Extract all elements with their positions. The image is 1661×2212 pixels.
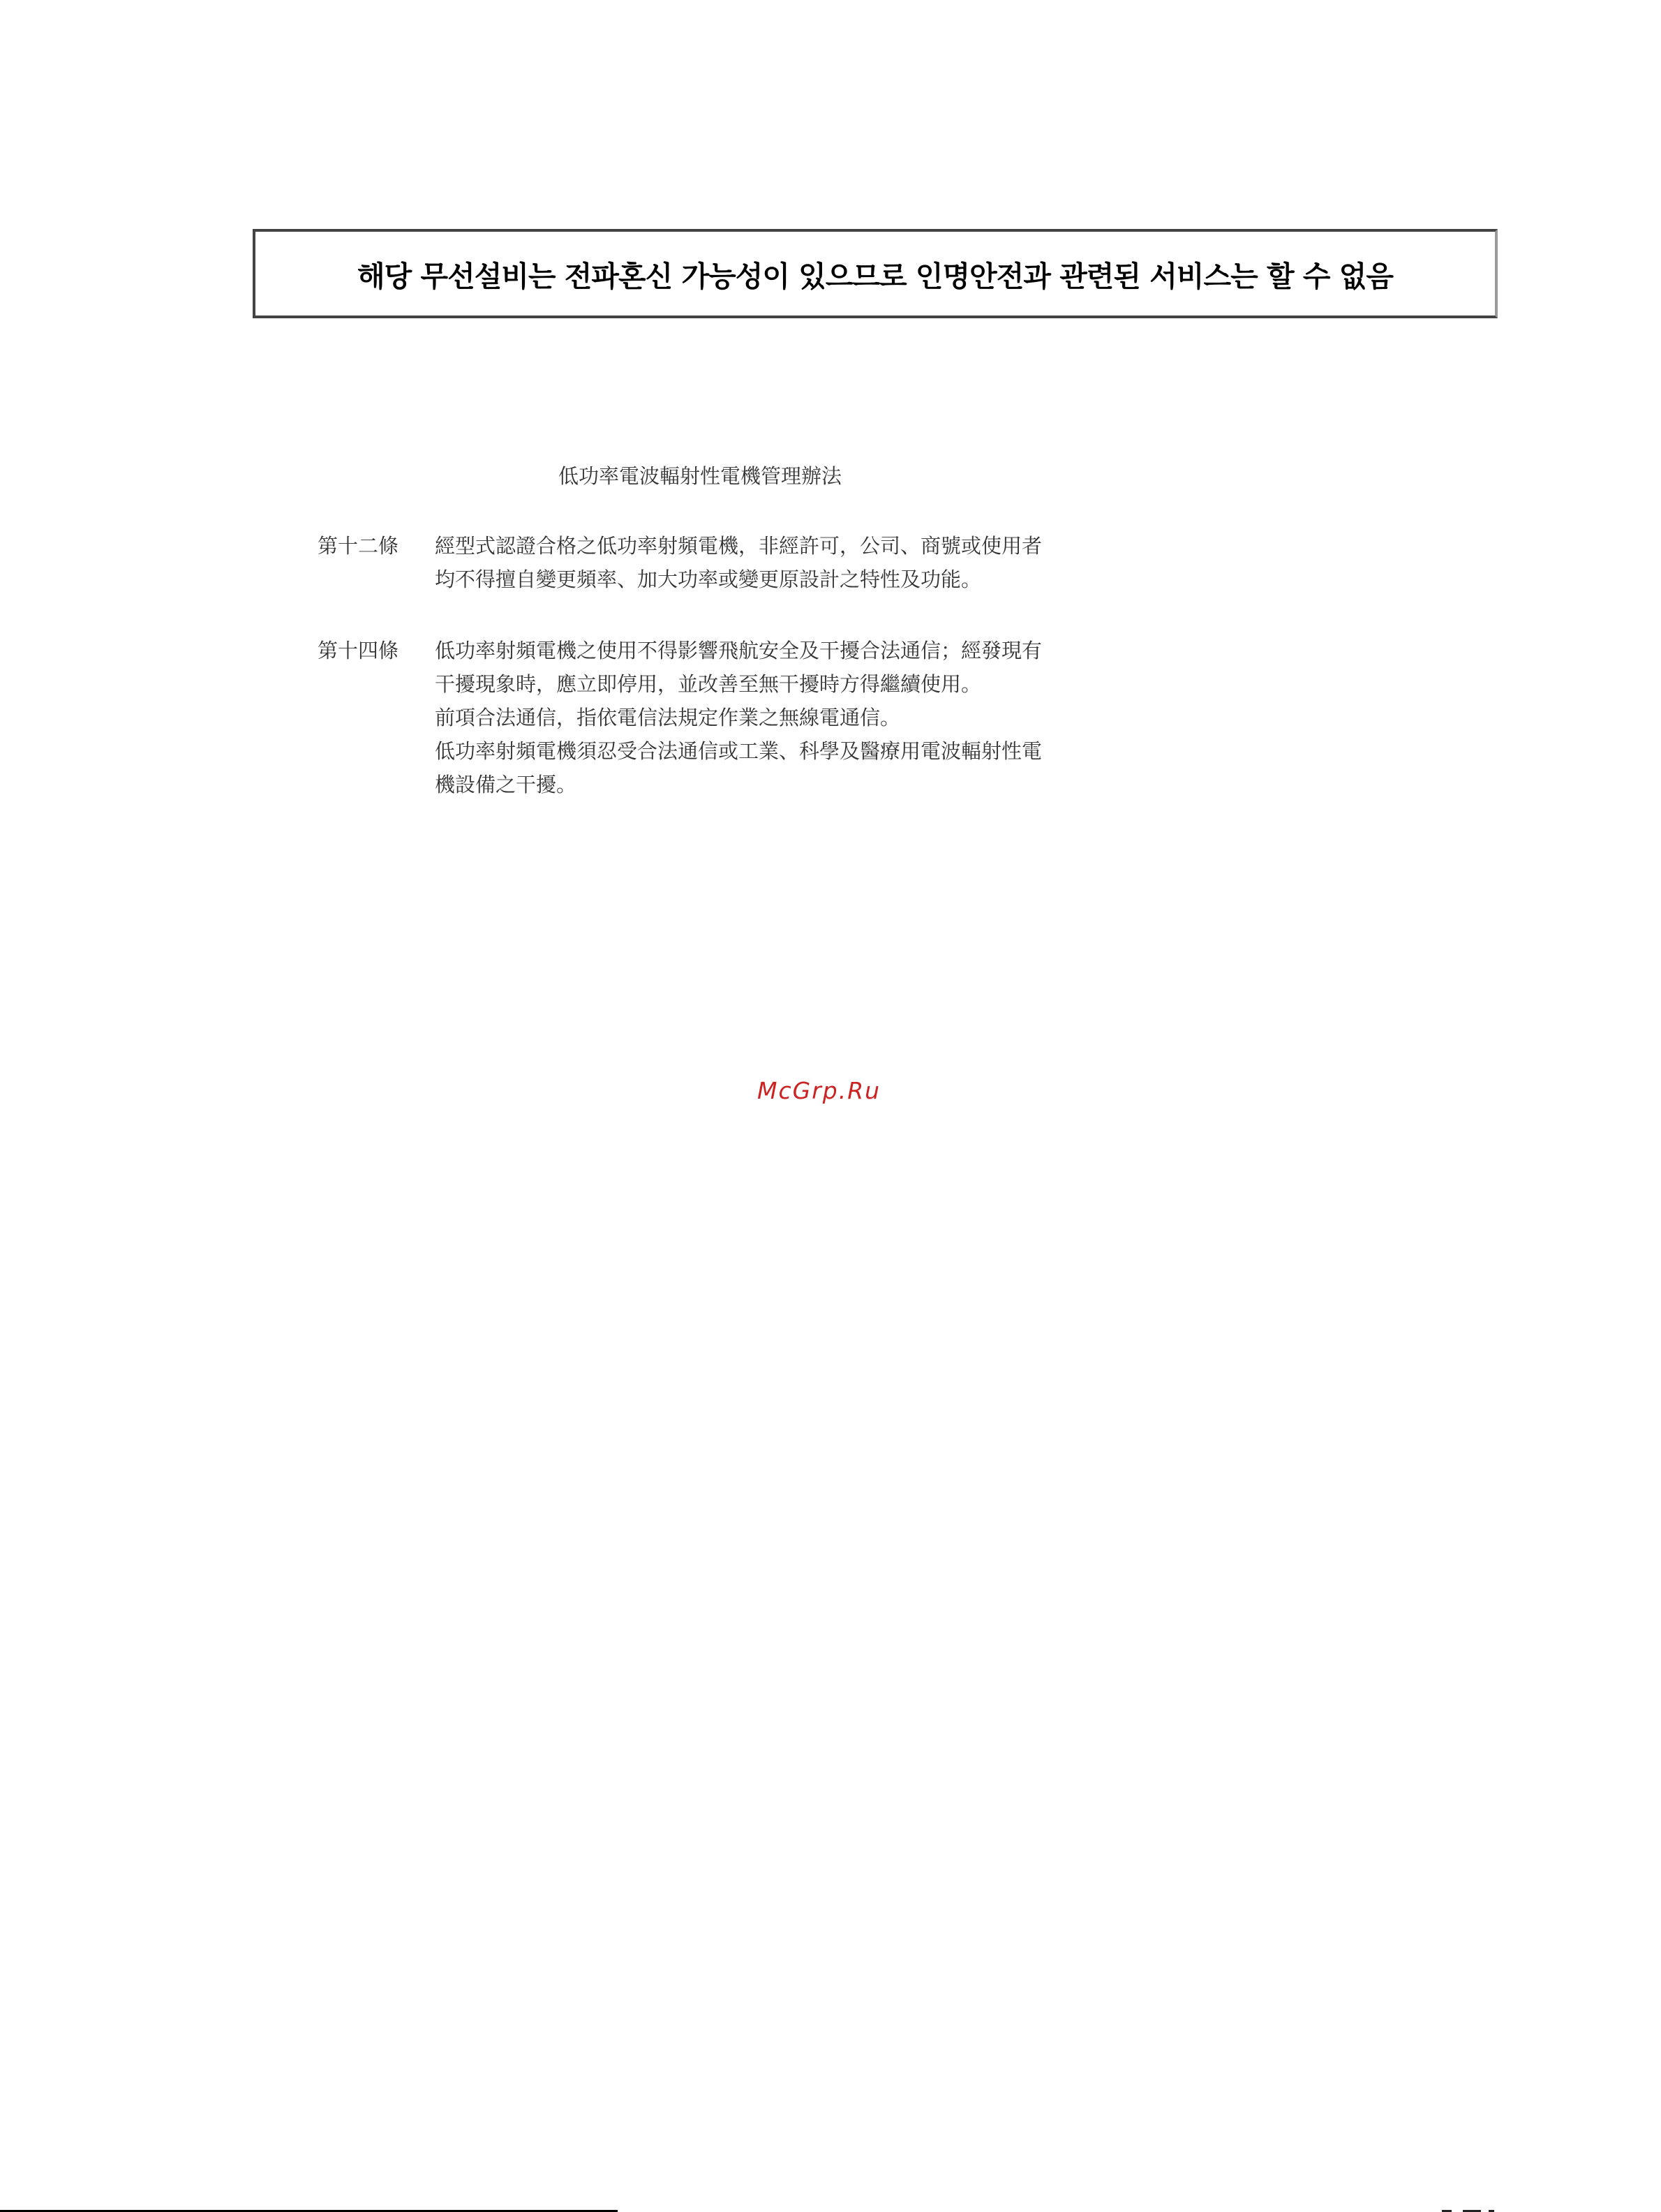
- article-line: 低功率射頻電機之使用不得影響飛航安全及干擾合法通信；經發現有: [435, 634, 1133, 667]
- article-line: 前項合法通信，指依電信法規定作業之無線電通信。: [435, 701, 1133, 734]
- article-body: 低功率射頻電機之使用不得影響飛航安全及干擾合法通信；經發現有 干擾現象時，應立即…: [435, 634, 1133, 801]
- article-line: 均不得擅自變更頻率、加大功率或變更原設計之特性及功能。: [435, 563, 1133, 596]
- article-line: 經型式認證合格之低功率射頻電機，非經許可，公司、商號或使用者: [435, 529, 1133, 563]
- warning-notice-text: 해당 무선설비는 전파혼신 가능성이 있으므로 인명안전과 관련된 서비스는 할…: [357, 253, 1393, 295]
- regulation-title: 低功率電波輻射性電機管理辦法: [558, 461, 842, 489]
- article-label: 第十二條: [318, 529, 399, 563]
- article-line: 低功率射頻電機須忍受合法通信或工業、科學及醫療用電波輻射性電: [435, 734, 1133, 768]
- article-label: 第十四條: [318, 634, 399, 667]
- article-body: 經型式認證合格之低功率射頻電機，非經許可，公司、商號或使用者 均不得擅自變更頻率…: [435, 529, 1133, 596]
- watermark: McGrp.Ru: [757, 1077, 881, 1104]
- warning-notice-box: 해당 무선설비는 전파혼신 가능성이 있으므로 인명안전과 관련된 서비스는 할…: [253, 229, 1498, 318]
- article-line: 干擾現象時，應立即停用，並改善至無干擾時方得繼續使用。: [435, 667, 1133, 701]
- article-line: 機設備之干擾。: [435, 768, 1133, 801]
